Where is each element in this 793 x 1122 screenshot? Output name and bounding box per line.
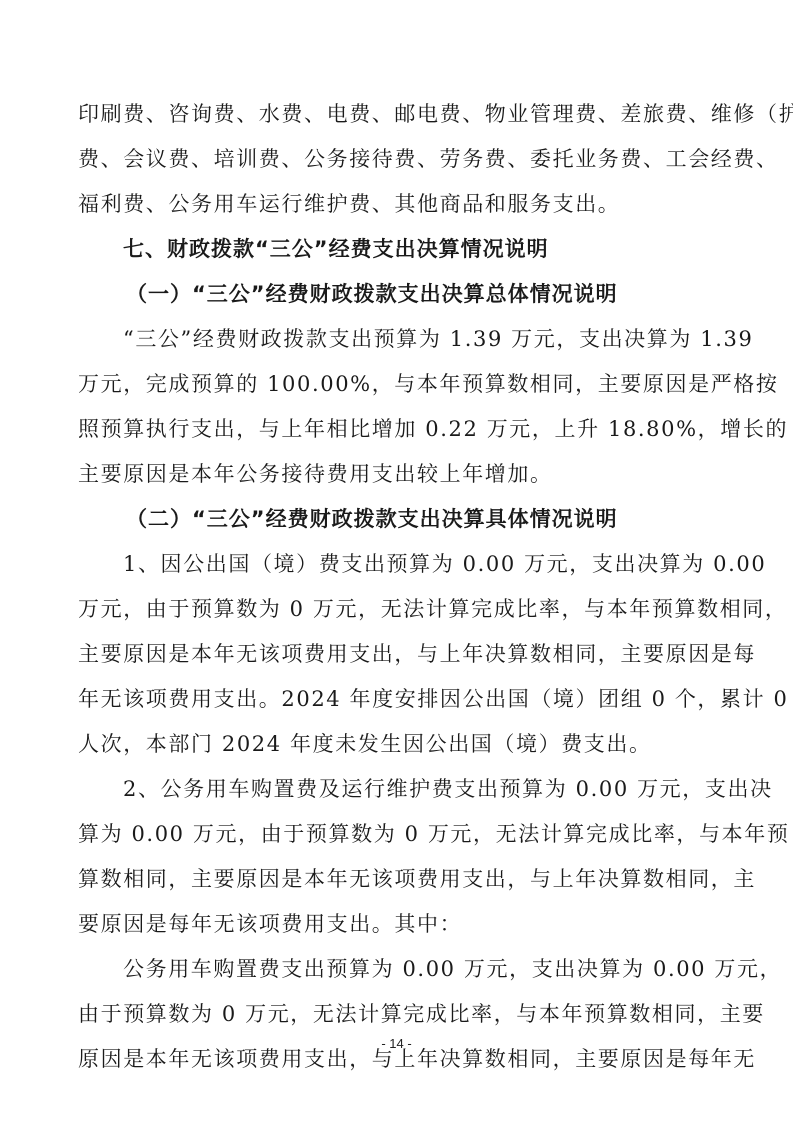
subsection-heading-2: （二）“三公”经费财政拨款支出决算具体情况说明 <box>78 497 716 542</box>
paragraph-line: 人次，本部门 2024 年度未发生因公出国（境）费支出。 <box>78 722 716 767</box>
paragraph-line: 费、会议费、培训费、公务接待费、劳务费、委托业务费、工会经费、 <box>78 137 716 182</box>
paragraph-line: 主要原因是本年无该项费用支出，与上年决算数相同，主要原因是每 <box>78 632 716 677</box>
paragraph-line: 算数相同，主要原因是本年无该项费用支出，与上年决算数相同，主 <box>78 857 716 902</box>
paragraph-line: 照预算执行支出，与上年相比增加 0.22 万元，上升 18.80%，增长的 <box>78 407 716 452</box>
paragraph-line: 年无该项费用支出。2024 年度安排因公出国（境）团组 0 个，累计 0 <box>78 677 716 722</box>
paragraph-line: 1、因公出国（境）费支出预算为 0.00 万元，支出决算为 0.00 <box>78 542 716 587</box>
paragraph-line: 万元，完成预算的 100.00%，与本年预算数相同，主要原因是严格按 <box>78 362 716 407</box>
subsection-heading-1: （一）“三公”经费财政拨款支出决算总体情况说明 <box>78 272 716 317</box>
paragraph-line: 算为 0.00 万元，由于预算数为 0 万元，无法计算完成比率，与本年预 <box>78 812 716 857</box>
paragraph-line: 万元，由于预算数为 0 万元，无法计算完成比率，与本年预算数相同， <box>78 587 716 632</box>
paragraph-line: 福利费、公务用车运行维护费、其他商品和服务支出。 <box>78 182 716 227</box>
paragraph-line: 印刷费、咨询费、水费、电费、邮电费、物业管理费、差旅费、维修（护） <box>78 92 716 137</box>
paragraph-line: “三公”经费财政拨款支出预算为 1.39 万元，支出决算为 1.39 <box>78 317 716 362</box>
paragraph-line: 由于预算数为 0 万元，无法计算完成比率，与本年预算数相同，主要 <box>78 992 716 1037</box>
paragraph-line: 2、公务用车购置费及运行维护费支出预算为 0.00 万元，支出决 <box>78 767 716 812</box>
document-page: 印刷费、咨询费、水费、电费、邮电费、物业管理费、差旅费、维修（护） 费、会议费、… <box>78 92 716 1082</box>
section-heading-7: 七、财政拨款“三公”经费支出决算情况说明 <box>78 227 716 272</box>
page-number: - 14 - <box>0 1036 793 1051</box>
paragraph-line: 主要原因是本年公务接待费用支出较上年增加。 <box>78 452 716 497</box>
paragraph-line: 要原因是每年无该项费用支出。其中： <box>78 902 716 947</box>
paragraph-line: 公务用车购置费支出预算为 0.00 万元，支出决算为 0.00 万元， <box>78 947 716 992</box>
